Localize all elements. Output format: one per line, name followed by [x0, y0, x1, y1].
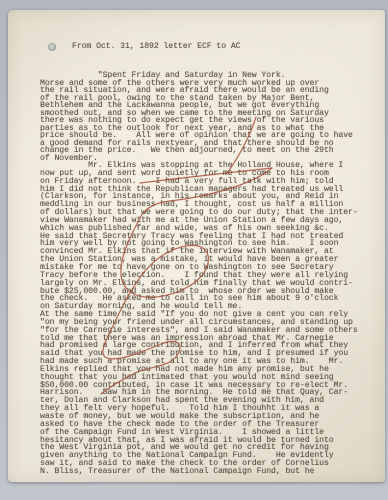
letter-paragraph-2: Mr. Elkins was stopping at the Holland H…	[40, 162, 358, 476]
letter-paragraph-1: "Spent Friday and Saturday in New York. …	[40, 72, 353, 162]
header-line: From Oct. 31, 1892 letter ECF to AC	[72, 42, 240, 51]
scan-background: { "document": { "header": "From Oct. 31,…	[0, 0, 388, 500]
punch-hole	[48, 43, 56, 51]
